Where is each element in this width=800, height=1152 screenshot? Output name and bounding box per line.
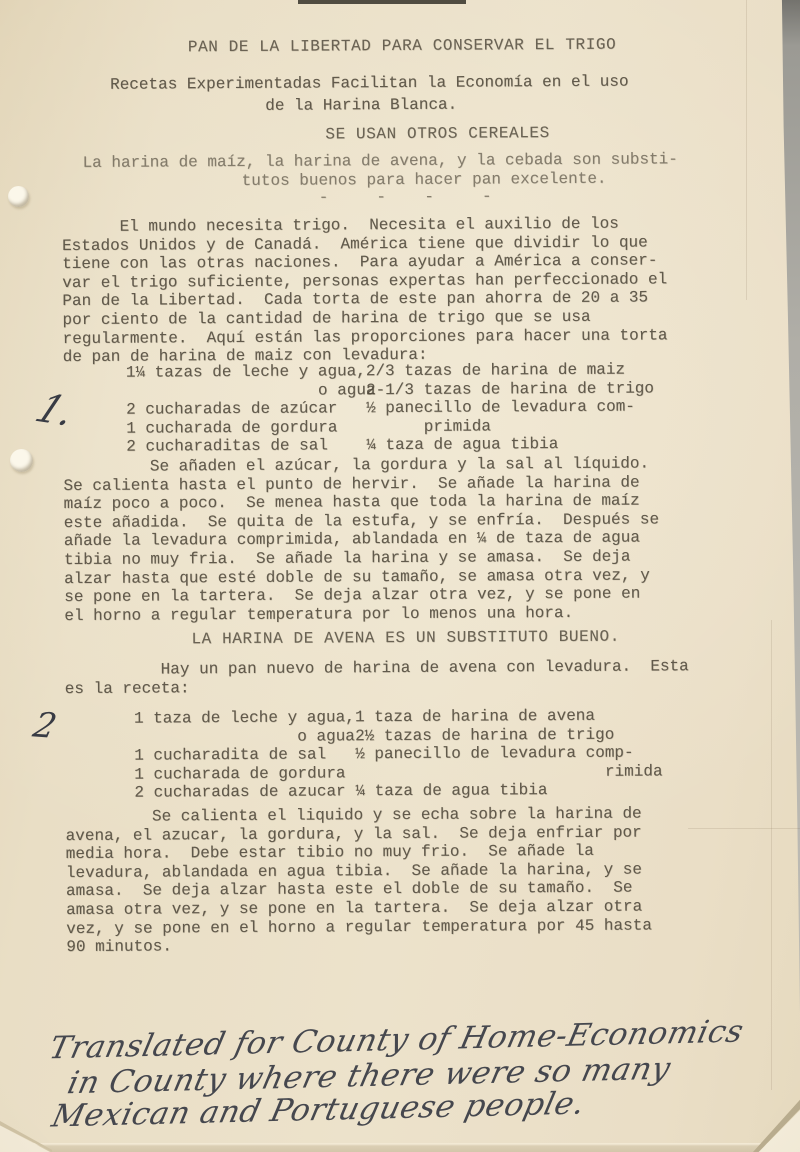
recipe-1-ingredients-right: 2/3 tazas de harina de maiz 2-1/3 tazas … [366, 360, 655, 455]
document-title: PAN DE LA LIBERTAD PARA CONSERVAR EL TRI… [188, 36, 617, 57]
section-2-intro: Hay un pan nuevo de harina de avena con … [65, 657, 689, 698]
section-1-heading: SE USAN OTROS CEREALES [325, 124, 550, 144]
subtitle-line-2: de la Harina Blanca. [265, 96, 457, 116]
typed-content: PAN DE LA LIBERTAD PARA CONSERVAR EL TRI… [0, 0, 800, 1152]
paragraph-3: Se calienta el liquido y se echa sobre l… [65, 804, 652, 956]
section-2-heading: LA HARINA DE AVENA ES UN SUBSTITUTO BUEN… [191, 628, 620, 649]
scanned-document-page: PAN DE LA LIBERTAD PARA CONSERVAR EL TRI… [0, 0, 800, 1152]
recipe-1-ingredients-left: 1¼ tazas de leche y agua, o agua 2 cucha… [126, 362, 376, 456]
recipe-2-ingredients-left: 1 taza de leche y agua, o agua 1 cuchara… [134, 708, 355, 802]
recipe-2-ingredients-right: 1 taza de harina de avena 2½ tazas de ha… [355, 706, 663, 801]
paragraph-1: El mundo necesita trigo. Necesita el aux… [62, 214, 668, 366]
subtitle-line-1: Recetas Experimentadas Facilitan la Econ… [110, 73, 629, 95]
dash-separator: - - - - [319, 187, 492, 207]
paragraph-2: Se añaden el azúcar, la gordura y la sal… [63, 454, 659, 625]
bottom-page-edge [0, 1143, 800, 1152]
